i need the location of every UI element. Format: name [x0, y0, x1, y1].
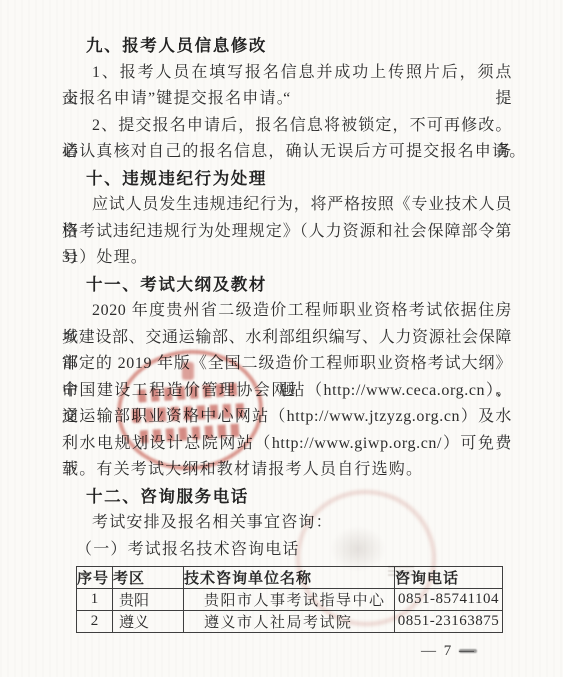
section-9-heading: 九、报考人员信息修改 — [62, 33, 512, 60]
text-line: 载。有关考试大纲和教材请报考人员自行选购。 — [62, 457, 512, 484]
page-number: — 7 — — [421, 643, 491, 660]
cell-index: 2 — [77, 611, 113, 633]
cell-area: 贵阳 — [113, 589, 184, 611]
text-line: 利水电规划设计总院网站（http://www.giwp.org.cn/）可免费下 — [62, 431, 512, 458]
text-line: 号）处理。 — [62, 245, 512, 272]
text-line: 乡建设部、交通运输部、水利部组织编写、人力资源社会保障部 — [62, 325, 512, 352]
section-12-heading: 十二、咨询服务电话 — [62, 484, 512, 511]
cell-phone: 0851-23163875 — [395, 611, 503, 633]
table-caption: （一）考试报名技术咨询电话 — [62, 537, 512, 564]
cell-area: 遵义 — [113, 611, 184, 633]
text-line: 考试安排及报名相关事宜咨询： — [62, 510, 512, 537]
col-header-area: 考区 — [113, 567, 184, 589]
table-row: 2 遵义 遵义市人社局考试院 0851-23163875 — [77, 611, 503, 633]
col-header-org: 技术咨询单位名称 — [184, 567, 395, 589]
text-line: 1、报考人员在填写报名信息并成功上传照片后，须点击“提 — [62, 60, 512, 87]
cell-org: 贵阳市人事考试指导中心 — [184, 589, 395, 611]
text-line: 审定的 2019 年版《全国二级造价工程师职业资格考试大纲》命题。 — [62, 351, 512, 378]
col-header-index: 序号 — [77, 567, 113, 589]
table-header-row: 序号 考区 技术咨询单位名称 咨询电话 — [77, 567, 503, 589]
document-body: 九、报考人员信息修改 1、报考人员在填写报名信息并成功上传照片后，须点击“提 交… — [62, 33, 512, 633]
text-line: 必认真核对自己的报名信息，确认无误后方可提交报名申请。 — [62, 139, 512, 166]
consultation-phone-table: 序号 考区 技术咨询单位名称 咨询电话 1 贵阳 贵阳市人事考试指导中心 085… — [76, 566, 503, 633]
text-line: 2、提交报名申请后，报名信息将被锁定，不可再修改。请务 — [62, 113, 512, 140]
scanned-document-page: 九、报考人员信息修改 1、报考人员在填写报名信息并成功上传照片后，须点击“提 交… — [0, 0, 563, 677]
section-11-heading: 十一、考试大纲及教材 — [62, 272, 512, 299]
cell-phone: 0851-85741104 — [395, 589, 503, 611]
text-line: 应试人员发生违规违纪行为，将严格按照《专业技术人员资 — [62, 192, 512, 219]
text-line: 格考试违纪违规行为处理规定》（人力资源和社会保障部令第 31 — [62, 219, 512, 246]
text-line: 2020 年度贵州省二级造价工程师职业资格考试依据住房城 — [62, 298, 512, 325]
col-header-phone: 咨询电话 — [395, 567, 503, 589]
cell-index: 1 — [77, 589, 113, 611]
cell-org: 遵义市人社局考试院 — [184, 611, 395, 633]
section-10-heading: 十、违规违纪行为处理 — [62, 166, 512, 193]
table-row: 1 贵阳 贵阳市人事考试指导中心 0851-85741104 — [77, 589, 503, 611]
text-line: 通运输部职业资格中心网站（http://www.jtzyzg.org.cn）及水 — [62, 404, 512, 431]
text-line: 中国建设工程造价管理协会网站（http://www.ceca.org.cn）、交 — [62, 378, 512, 405]
